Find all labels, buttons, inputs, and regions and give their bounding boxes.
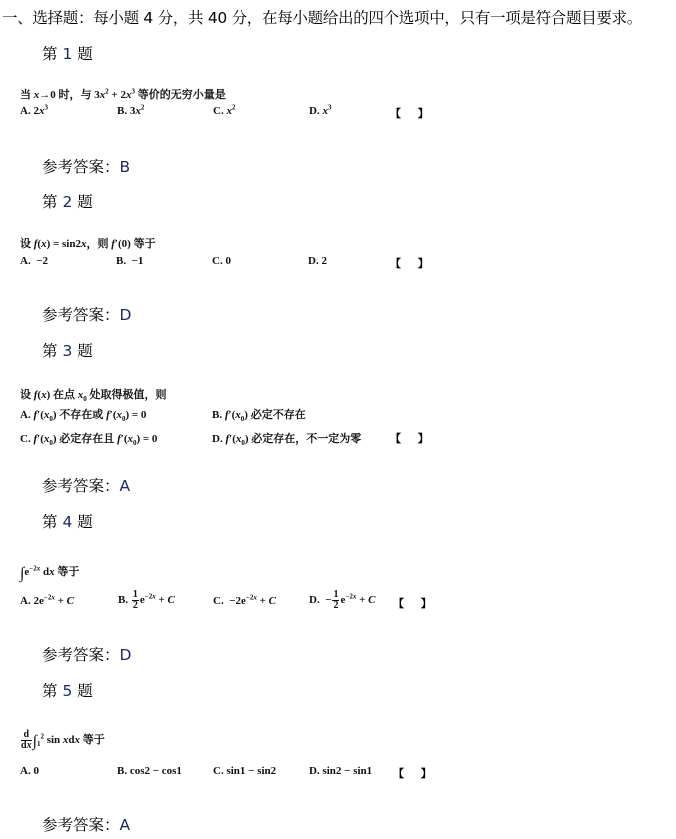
question-stem-3: 设 f(x) 在点 x0 处取得极值，则 — [20, 386, 167, 402]
answer-label: 参考答案： — [42, 306, 120, 324]
title-prefix: 第 — [42, 193, 62, 211]
answer-bracket-4: 【 】 — [393, 595, 432, 611]
title-prefix: 第 — [42, 342, 62, 360]
option-2c: C. 0 — [212, 255, 231, 267]
option-2b: B. −1 — [116, 255, 143, 267]
title-suffix: 题 — [72, 45, 92, 63]
answer-value: B — [120, 158, 131, 176]
answer-2: 参考答案：D — [42, 303, 131, 325]
question-number: 1 — [62, 45, 72, 63]
question-title-1: 第 1 题 — [42, 42, 93, 64]
option-2a: A. −2 — [20, 255, 48, 267]
question-stem-4: ∫e−2x dx 等于 — [20, 563, 79, 583]
option-3b: B. f′(x0) 必定不存在 — [212, 406, 306, 422]
answer-bracket-1: 【 】 — [390, 105, 429, 121]
title-suffix: 题 — [72, 513, 92, 531]
option-5b: B. cos2 − cos1 — [117, 765, 182, 777]
answer-label: 参考答案： — [42, 158, 120, 176]
title-suffix: 题 — [72, 682, 92, 700]
question-stem-2: 设 f(x) = sin2x，则 f′(0) 等于 — [20, 235, 156, 251]
option-4d: D. −12e−2x + C — [309, 590, 375, 611]
answer-bracket-2: 【 】 — [390, 255, 429, 271]
answer-3: 参考答案：A — [42, 474, 130, 496]
derivative-fraction: ddx — [21, 730, 32, 751]
answer-value: D — [120, 646, 132, 664]
option-3c: C. f′(x0) 必定存在且 f′(x0) = 0 — [20, 430, 157, 446]
option-5a: A. 0 — [20, 765, 39, 777]
option-3a: A. f′(x0) 不存在或 f′(x0) = 0 — [20, 406, 146, 422]
title-suffix: 题 — [72, 193, 92, 211]
answer-5: 参考答案：A — [42, 813, 130, 835]
answer-label: 参考答案： — [42, 816, 120, 834]
option-5d: D. sin2 − sin1 — [309, 765, 372, 777]
question-number: 2 — [62, 193, 72, 211]
option-5c: C. sin1 − sin2 — [213, 765, 276, 777]
option-4c: C. −2e−2x + C — [213, 595, 276, 607]
title-prefix: 第 — [42, 682, 62, 700]
option-1c: C. x2 — [213, 105, 235, 117]
answer-4: 参考答案：D — [42, 643, 131, 665]
answer-1: 参考答案：B — [42, 155, 130, 177]
fraction: 12 — [332, 590, 339, 611]
fraction: 12 — [132, 590, 139, 611]
question-stem-5: ddx∫12 sin xdx 等于 — [20, 730, 105, 751]
title-suffix: 题 — [72, 342, 92, 360]
question-number: 4 — [62, 513, 72, 531]
option-3d: D. f′(x0) 必定存在，不一定为零 — [212, 430, 361, 446]
title-prefix: 第 — [42, 45, 62, 63]
question-title-5: 第 5 题 — [42, 679, 93, 701]
answer-value: A — [120, 477, 131, 495]
question-title-3: 第 3 题 — [42, 339, 93, 361]
question-title-2: 第 2 题 — [42, 190, 93, 212]
option-2d: D. 2 — [308, 255, 327, 267]
option-1b: B. 3x2 — [117, 105, 144, 117]
option-1d: D. x3 — [309, 105, 331, 117]
section-instruction: 一、选择题：每小题 4 分，共 40 分，在每小题给出的四个选项中，只有一项是符… — [2, 6, 642, 28]
option-4a: A. 2e−2x + C — [20, 595, 74, 607]
question-number: 3 — [62, 342, 72, 360]
answer-label: 参考答案： — [42, 646, 120, 664]
answer-label: 参考答案： — [42, 477, 120, 495]
answer-value: D — [120, 306, 132, 324]
answer-bracket-3: 【 】 — [390, 430, 429, 446]
answer-bracket-5: 【 】 — [393, 765, 432, 781]
option-1a: A. 2x3 — [20, 105, 48, 117]
question-title-4: 第 4 题 — [42, 510, 93, 532]
question-number: 5 — [62, 682, 72, 700]
question-stem-1: 当 x→0 时，与 3x2 + 2x3 等价的无穷小量是 — [20, 86, 226, 102]
integral-icon: ∫ — [20, 565, 24, 582]
option-4b: B. 12e−2x + C — [118, 590, 175, 611]
title-prefix: 第 — [42, 513, 62, 531]
answer-value: A — [120, 816, 131, 834]
